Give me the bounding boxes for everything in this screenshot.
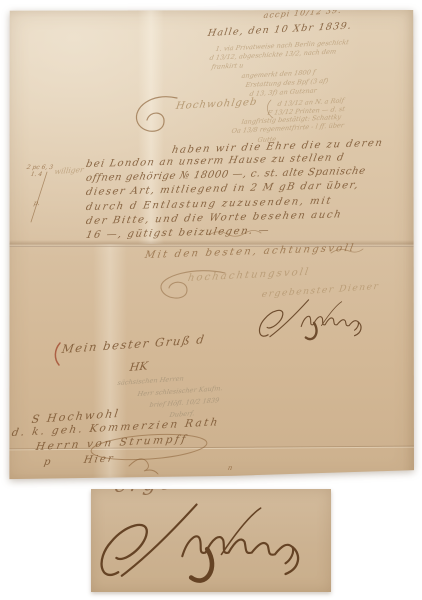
- signature-flourish-large: [93, 501, 325, 590]
- received-note: accpi 10/12 39.: [263, 7, 342, 20]
- postscript-initials: HK: [129, 360, 148, 373]
- salutation-line: Hochwohlgeb: [175, 98, 258, 112]
- stray-mark: n: [227, 465, 233, 472]
- memo-line: frankirt u: [211, 62, 244, 70]
- letter-paper: accpi 10/12 39. Halle, den 10 Xbr 1839. …: [9, 10, 414, 481]
- closing-line: ergebenster Diener: [261, 283, 380, 300]
- hier-flourish: [129, 459, 158, 474]
- body-line: 16 —, gütigst beizulegen. —: [85, 226, 271, 241]
- closing-line: hochachtungsvoll: [187, 268, 311, 284]
- address-line: Herrn von Strumpff: [35, 434, 189, 452]
- margin-note: 1. 4: [30, 172, 43, 178]
- margin-slash: [31, 172, 47, 222]
- memo-line: d 13, 3f) an Gutznar: [249, 88, 317, 98]
- margin-note: williger: [54, 166, 84, 175]
- signature-flourish: [259, 300, 361, 339]
- red-bracket-mark: [55, 343, 60, 365]
- address-line: p Hier: [43, 454, 115, 468]
- letter-photo: accpi 10/12 39. Halle, den 10 Xbr 1839. …: [9, 10, 414, 481]
- postscript-line: Mein bester Gruß d: [61, 334, 206, 355]
- body-line: der Bitte, und die Worte besehen auch: [85, 210, 343, 227]
- cropped-closing-line: ergebenster Diener: [113, 489, 331, 496]
- screenshot-root: accpi 10/12 39. Halle, den 10 Xbr 1839. …: [0, 0, 422, 600]
- pencil-note: brief Höfl. 10/2 1839: [149, 397, 220, 408]
- pencil-note: Herr schlesischer Kaufm.: [137, 385, 223, 397]
- margin-note: p.: [33, 200, 41, 207]
- dateline: Halle, den 10 Xbr 1839.: [207, 22, 353, 39]
- initial-e-flourish: [136, 97, 177, 132]
- pencil-note: sächsischen Herren: [117, 375, 184, 386]
- signature-closeup-photo: ergebenster Diener: [91, 489, 331, 592]
